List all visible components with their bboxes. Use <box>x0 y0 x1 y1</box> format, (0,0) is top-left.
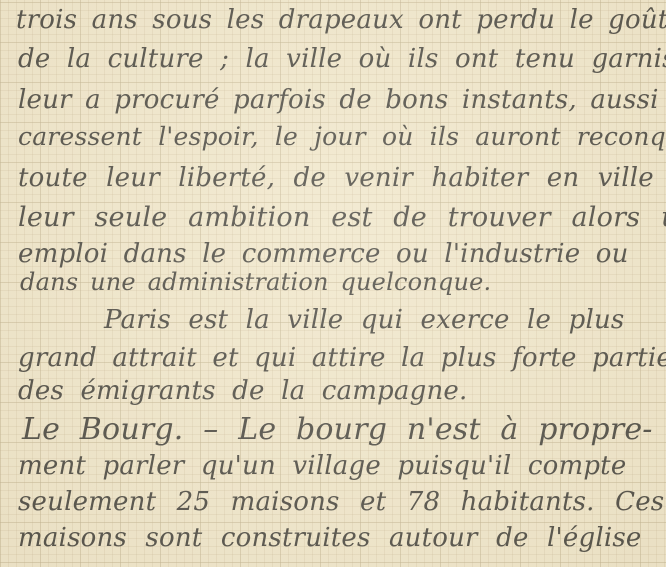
paragraph-start-paris: Paris est la ville qui exerce le plus <box>104 300 624 340</box>
manuscript-page: trois ans sous les drapeaux ont perdu le… <box>0 0 666 567</box>
text-line-14: seulement 25 maisons et 78 habitants. Ce… <box>18 482 664 522</box>
text-line-11: des émigrants de la campagne. <box>18 371 467 411</box>
text-line-3: leur a procuré parfois de bons instants,… <box>18 80 666 120</box>
text-line-8: dans une administration quelconque. <box>20 262 491 302</box>
text-line-2: de la culture ; la ville où ils ont tenu… <box>18 39 666 79</box>
section-heading-le-bourg-line: Le Bourg. – Le bourg n'est à propre- <box>22 410 653 450</box>
text-line-6: leur seule ambition est de trouver alors… <box>18 198 666 238</box>
text-line-1: trois ans sous les drapeaux ont perdu le… <box>16 0 666 40</box>
text-line-4: caressent l'espoir, le jour où ils auron… <box>18 117 666 157</box>
text-line-13: ment parler qu'un village puisqu'il comp… <box>18 446 626 486</box>
text-line-15: maisons sont construites autour de l'égl… <box>18 518 642 558</box>
text-line-5: toute leur liberté, de venir habiter en … <box>18 158 666 198</box>
